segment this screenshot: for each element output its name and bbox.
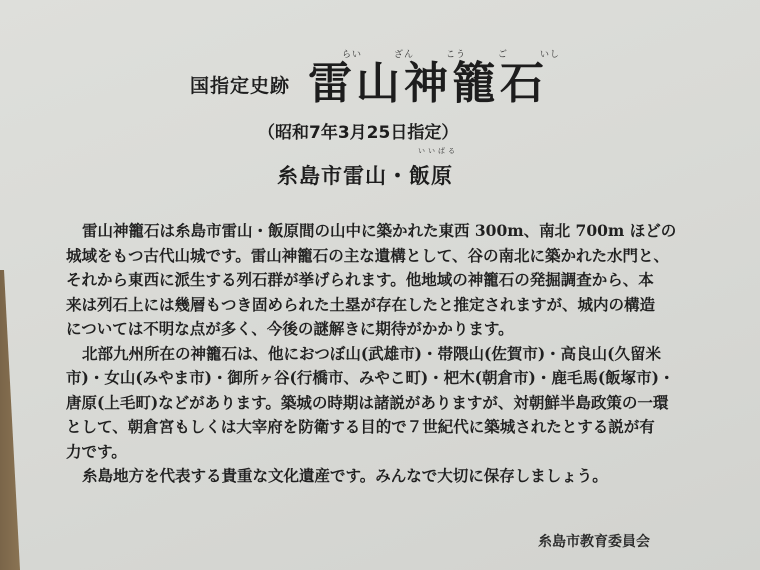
issuer-credit: 糸島市教育委員会 [538, 531, 650, 551]
site-title: 雷山神籠石 [308, 62, 548, 106]
historic-site-sign: らい ざん こう ご いし 国指定史跡 雷山神籠石 （昭和7年3月25日指定） … [0, 0, 760, 570]
title-row: 国指定史跡 雷山神籠石 [190, 62, 548, 106]
text-line: 糸島地方を代表する貴重な文化遺産です。みんなで大切に保存しましょう。 [66, 464, 706, 489]
description-body: 雷山神籠石は糸島市雷山・飯原間の山中に築かれた東西 300m、南北 700m ほ… [66, 219, 706, 489]
text-line: 市)・女山(みやま市)・御所ヶ谷(行橋市、みやこ町)・杷木(朝倉市)・鹿毛馬(飯… [66, 366, 706, 391]
text-line: 来は列石上には幾層もつき固められた土塁が存在したと推定されますが、城内の構造 [66, 293, 706, 318]
paragraph-3: 糸島地方を代表する貴重な文化遺産です。みんなで大切に保存しましょう。 [66, 464, 706, 489]
text-line: 城域をもつ古代山城です。雷山神籠石の主な遺構として、谷の南北に築かれた水門と、 [66, 244, 706, 269]
designation-date: （昭和7年3月25日指定） [258, 118, 458, 143]
paragraph-1: 雷山神籠石は糸島市雷山・飯原間の山中に築かれた東西 300m、南北 700m ほ… [66, 219, 706, 342]
text-line: については不明な点が多く、今後の謎解きに期待がかかります。 [66, 317, 706, 342]
designation-label: 国指定史跡 [190, 71, 290, 98]
text-line: として、朝倉宮もしくは大宰府を防衛する目的で７世紀代に築城されたとする説が有 [66, 415, 706, 440]
text-line: それから東西に派生する列石群が挙げられます。他地域の神籠石の発掘調査から、本 [66, 268, 706, 293]
text-line: 北部九州所在の神籠石は、他におつぼ山(武雄市)・帯隈山(佐賀市)・高良山(久留米 [66, 342, 706, 367]
site-location: 糸島市雷山・飯原 [277, 160, 453, 190]
text-line: 雷山神籠石は糸島市雷山・飯原間の山中に築かれた東西 300m、南北 700m ほ… [66, 219, 706, 244]
paragraph-2: 北部九州所在の神籠石は、他におつぼ山(武雄市)・帯隈山(佐賀市)・高良山(久留米… [66, 342, 706, 465]
text-line: 力です。 [66, 440, 706, 465]
text-line: 唐原(上毛町)などがあります。築城の時期は諸説がありますが、対朝鮮半島政策の一環 [66, 391, 706, 416]
location-ruby: いいばる [418, 146, 458, 156]
